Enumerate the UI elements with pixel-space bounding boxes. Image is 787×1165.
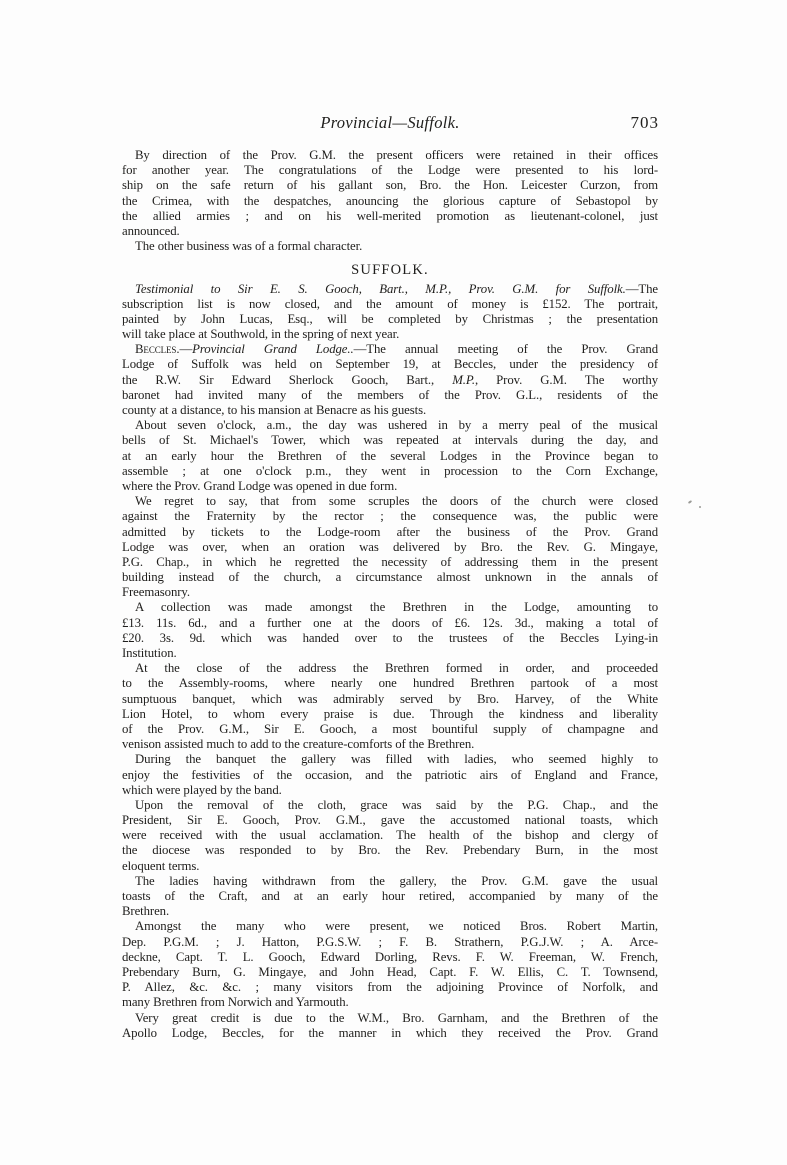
text-line: where the Prov. Grand Lodge was opened i… bbox=[122, 479, 658, 494]
text-line: assemble ; at one o'clock p.m., they wen… bbox=[122, 464, 658, 479]
text-line: will take place at Southwold, in the spr… bbox=[122, 327, 658, 342]
body-text-segment: Brethren. bbox=[122, 904, 169, 918]
text-line: Freemasonry. bbox=[122, 585, 658, 600]
text-line: The other business was of a formal chara… bbox=[122, 239, 658, 254]
text-line: President, Sir E. Gooch, Prov. G.M., gav… bbox=[122, 813, 658, 828]
paragraph: Beccles.—Provincial Grand Lodge..—The an… bbox=[122, 342, 658, 418]
body-text-segment: building instead of the church, a circum… bbox=[122, 570, 658, 584]
body-text-segment: enjoy the festivities of the occasion, a… bbox=[122, 768, 658, 782]
paragraph: At the close of the address the Brethren… bbox=[122, 661, 658, 752]
body-text-segment: £20. 3s. 9d. which was handed over to th… bbox=[122, 631, 658, 645]
body-text-segment: subscription list is now closed, and the… bbox=[122, 297, 658, 311]
text-line: A collection was made amongst the Brethr… bbox=[122, 600, 658, 615]
body-text-segment: We regret to say, that from some scruple… bbox=[135, 494, 658, 508]
text-line: enjoy the festivities of the occasion, a… bbox=[122, 768, 658, 783]
body-text-segment: Lodge of Suffolk was held on September 1… bbox=[122, 357, 658, 371]
text-line: the R.W. Sir Edward Sherlock Gooch, Bart… bbox=[122, 373, 658, 388]
body-text-segment: Institution. bbox=[122, 646, 177, 660]
paragraph: By direction of the Prov. G.M. the prese… bbox=[122, 148, 658, 239]
body-text-segment: By direction of the Prov. G.M. the prese… bbox=[135, 148, 658, 162]
body-text-segment: painted by John Lucas, Esq., will be com… bbox=[122, 312, 658, 326]
text-line: the allied armies ; and on his well-meri… bbox=[122, 209, 658, 224]
running-header: Provincial—Suffolk. 703 bbox=[122, 113, 658, 131]
body-text-segment: Prebendary Burn, G. Mingaye, and John He… bbox=[122, 965, 658, 979]
text-line: Institution. bbox=[122, 646, 658, 661]
text-line: During the banquet the gallery was fille… bbox=[122, 752, 658, 767]
text-line: were received with the usual acclamation… bbox=[122, 828, 658, 843]
body-text-segment: assemble ; at one o'clock p.m., they wen… bbox=[122, 464, 658, 478]
body-text-segment: Dep. P.G.M. ; J. Hatton, P.G.S.W. ; F. B… bbox=[122, 935, 658, 949]
text-line: venison assisted much to add to the crea… bbox=[122, 737, 658, 752]
text-line: Amongst the many who were present, we no… bbox=[122, 919, 658, 934]
text-line: Dep. P.G.M. ; J. Hatton, P.G.S.W. ; F. B… bbox=[122, 935, 658, 950]
text-line: painted by John Lucas, Esq., will be com… bbox=[122, 312, 658, 327]
text-line: Apollo Lodge, Beccles, for the manner in… bbox=[122, 1026, 658, 1041]
paragraph: We regret to say, that from some scruple… bbox=[122, 494, 658, 600]
text-line: eloquent terms. bbox=[122, 859, 658, 874]
body-text-segment: bells of St. Michael's Tower, which was … bbox=[122, 433, 658, 447]
text-line: P.G. Chap., in which he regretted the ne… bbox=[122, 555, 658, 570]
text-line: many Brethren from Norwich and Yarmouth. bbox=[122, 995, 658, 1010]
paragraph: The other business was of a formal chara… bbox=[122, 239, 658, 254]
smallcaps-text: Beccles. bbox=[135, 342, 179, 356]
body-text-segment: P. Allez, &c. &c. ; many visitors from t… bbox=[122, 980, 658, 994]
body-text-segment: the Crimea, with the despatches, anounci… bbox=[122, 194, 658, 208]
text-line: for another year. The congratulations of… bbox=[122, 163, 658, 178]
body-text-segment: At the close of the address the Brethren… bbox=[135, 661, 658, 675]
body-text-segment: to the Assembly-rooms, where nearly one … bbox=[122, 676, 658, 690]
body-text-segment: baronet had invited many of the members … bbox=[122, 388, 658, 402]
text-line: admitted by tickets to the Lodge-room af… bbox=[122, 525, 658, 540]
text-line: Testimonial to Sir E. S. Gooch, Bart., M… bbox=[122, 282, 658, 297]
body-text-segment: venison assisted much to add to the crea… bbox=[122, 737, 474, 751]
body-text-segment: will take place at Southwold, in the spr… bbox=[122, 327, 399, 341]
text-line: the diocese was responded to by Bro. the… bbox=[122, 843, 658, 858]
paragraph: During the banquet the gallery was fille… bbox=[122, 752, 658, 798]
paragraph: Amongst the many who were present, we no… bbox=[122, 919, 658, 1010]
running-header-title: Provincial—Suffolk. bbox=[122, 113, 658, 133]
text-line: of the Prov. G.M., Sir E. Gooch, a most … bbox=[122, 722, 658, 737]
body-text-segment: county at a distance, to his mansion at … bbox=[122, 403, 426, 417]
section-heading: SUFFOLK. bbox=[122, 263, 658, 278]
body-text-segment: , Prov. G.M. The worthy bbox=[475, 373, 658, 387]
text-line: At the close of the address the Brethren… bbox=[122, 661, 658, 676]
paragraph: Upon the removal of the cloth, grace was… bbox=[122, 798, 658, 874]
scan-speck bbox=[699, 506, 701, 508]
body-text-segment: many Brethren from Norwich and Yarmouth. bbox=[122, 995, 349, 1009]
body-text-segment: were received with the usual acclamation… bbox=[122, 828, 658, 842]
page: Provincial—Suffolk. 703 By direction of … bbox=[122, 113, 658, 1041]
text-line: to the Assembly-rooms, where nearly one … bbox=[122, 676, 658, 691]
text-line: P. Allez, &c. &c. ; many visitors from t… bbox=[122, 980, 658, 995]
body-text-segment: at an early hour the Brethren of the sev… bbox=[122, 449, 658, 463]
text-line: bells of St. Michael's Tower, which was … bbox=[122, 433, 658, 448]
body-text-segment: —The bbox=[626, 282, 658, 296]
body-text-segment: against the Fraternity by the rector ; t… bbox=[122, 509, 658, 523]
italic-text: M.P. bbox=[452, 373, 475, 387]
paragraph: The ladies having withdrawn from the gal… bbox=[122, 874, 658, 920]
paragraph: About seven o'clock, a.m., the day was u… bbox=[122, 418, 658, 494]
body-text-segment: The ladies having withdrawn from the gal… bbox=[135, 874, 658, 888]
body-text-segment: toasts of the Craft, and at an early hou… bbox=[122, 889, 658, 903]
body-text-segment: which were played by the band. bbox=[122, 783, 282, 797]
text-line: The ladies having withdrawn from the gal… bbox=[122, 874, 658, 889]
text-line: against the Fraternity by the rector ; t… bbox=[122, 509, 658, 524]
body-text-segment: —The annual meeting of the Prov. Grand bbox=[354, 342, 658, 356]
page-body: By direction of the Prov. G.M. the prese… bbox=[122, 148, 658, 1041]
body-text-segment: A collection was made amongst the Brethr… bbox=[135, 600, 658, 614]
text-line: ship on the safe return of his gallant s… bbox=[122, 178, 658, 193]
body-text-segment: Freemasonry. bbox=[122, 585, 190, 599]
scan-speck bbox=[688, 500, 692, 504]
text-line: Lodge of Suffolk was held on September 1… bbox=[122, 357, 658, 372]
text-line: Brethren. bbox=[122, 904, 658, 919]
text-line: We regret to say, that from some scruple… bbox=[122, 494, 658, 509]
text-line: building instead of the church, a circum… bbox=[122, 570, 658, 585]
body-text-segment: announced. bbox=[122, 224, 180, 238]
body-text-segment: the diocese was responded to by Bro. the… bbox=[122, 843, 658, 857]
text-line: sumptuous banquet, which was admirably s… bbox=[122, 692, 658, 707]
body-text-segment: of the Prov. G.M., Sir E. Gooch, a most … bbox=[122, 722, 658, 736]
text-line: Prebendary Burn, G. Mingaye, and John He… bbox=[122, 965, 658, 980]
text-line: county at a distance, to his mansion at … bbox=[122, 403, 658, 418]
text-line: which were played by the band. bbox=[122, 783, 658, 798]
body-text-segment: the allied armies ; and on his well-meri… bbox=[122, 209, 658, 223]
text-line: at an early hour the Brethren of the sev… bbox=[122, 449, 658, 464]
text-line: subscription list is now closed, and the… bbox=[122, 297, 658, 312]
body-text-segment: Amongst the many who were present, we no… bbox=[135, 919, 658, 933]
body-text-segment: About seven o'clock, a.m., the day was u… bbox=[135, 418, 658, 432]
body-text-segment: — bbox=[179, 342, 192, 356]
body-text-segment: Very great credit is due to the W.M., Br… bbox=[135, 1011, 658, 1025]
text-line: About seven o'clock, a.m., the day was u… bbox=[122, 418, 658, 433]
text-line: the Crimea, with the despatches, anounci… bbox=[122, 194, 658, 209]
italic-text: Provincial Grand Lodge.. bbox=[192, 342, 353, 356]
text-line: Upon the removal of the cloth, grace was… bbox=[122, 798, 658, 813]
body-text-segment: The other business was of a formal chara… bbox=[135, 239, 362, 253]
body-text-segment: Lion Hotel, to whom every praise is due.… bbox=[122, 707, 658, 721]
paragraph: A collection was made amongst the Brethr… bbox=[122, 600, 658, 661]
body-text-segment: Upon the removal of the cloth, grace was… bbox=[135, 798, 658, 812]
paragraph: Very great credit is due to the W.M., Br… bbox=[122, 1011, 658, 1041]
body-text-segment: £13. 11s. 6d., and a further one at the … bbox=[122, 616, 658, 630]
body-text-segment: where the Prov. Grand Lodge was opened i… bbox=[122, 479, 397, 493]
text-line: Very great credit is due to the W.M., Br… bbox=[122, 1011, 658, 1026]
text-line: announced. bbox=[122, 224, 658, 239]
text-line: Lodge was over, when an oration was deli… bbox=[122, 540, 658, 555]
body-text-segment: President, Sir E. Gooch, Prov. G.M., gav… bbox=[122, 813, 658, 827]
body-text-segment: ship on the safe return of his gallant s… bbox=[122, 178, 658, 192]
paragraph: Testimonial to Sir E. S. Gooch, Bart., M… bbox=[122, 282, 658, 343]
text-line: £20. 3s. 9d. which was handed over to th… bbox=[122, 631, 658, 646]
text-line: baronet had invited many of the members … bbox=[122, 388, 658, 403]
page-number: 703 bbox=[631, 113, 660, 133]
body-text-segment: During the banquet the gallery was fille… bbox=[135, 752, 658, 766]
text-line: toasts of the Craft, and at an early hou… bbox=[122, 889, 658, 904]
body-text-segment: Apollo Lodge, Beccles, for the manner in… bbox=[122, 1026, 658, 1040]
text-line: By direction of the Prov. G.M. the prese… bbox=[122, 148, 658, 163]
body-text-segment: admitted by tickets to the Lodge-room af… bbox=[122, 525, 658, 539]
text-line: Lion Hotel, to whom every praise is due.… bbox=[122, 707, 658, 722]
italic-text: Testimonial to Sir E. S. Gooch, Bart., M… bbox=[135, 282, 626, 296]
text-line: deckne, Capt. T. L. Gooch, Edward Dorlin… bbox=[122, 950, 658, 965]
text-line: Beccles.—Provincial Grand Lodge..—The an… bbox=[122, 342, 658, 357]
body-text-segment: deckne, Capt. T. L. Gooch, Edward Dorlin… bbox=[122, 950, 658, 964]
body-text-segment: P.G. Chap., in which he regretted the ne… bbox=[122, 555, 658, 569]
body-text-segment: eloquent terms. bbox=[122, 859, 199, 873]
body-text-segment: sumptuous banquet, which was admirably s… bbox=[122, 692, 658, 706]
body-text-segment: the R.W. Sir Edward Sherlock Gooch, Bart… bbox=[122, 373, 452, 387]
body-text-segment: Lodge was over, when an oration was deli… bbox=[122, 540, 658, 554]
body-text-segment: for another year. The congratulations of… bbox=[122, 163, 658, 177]
text-line: £13. 11s. 6d., and a further one at the … bbox=[122, 616, 658, 631]
